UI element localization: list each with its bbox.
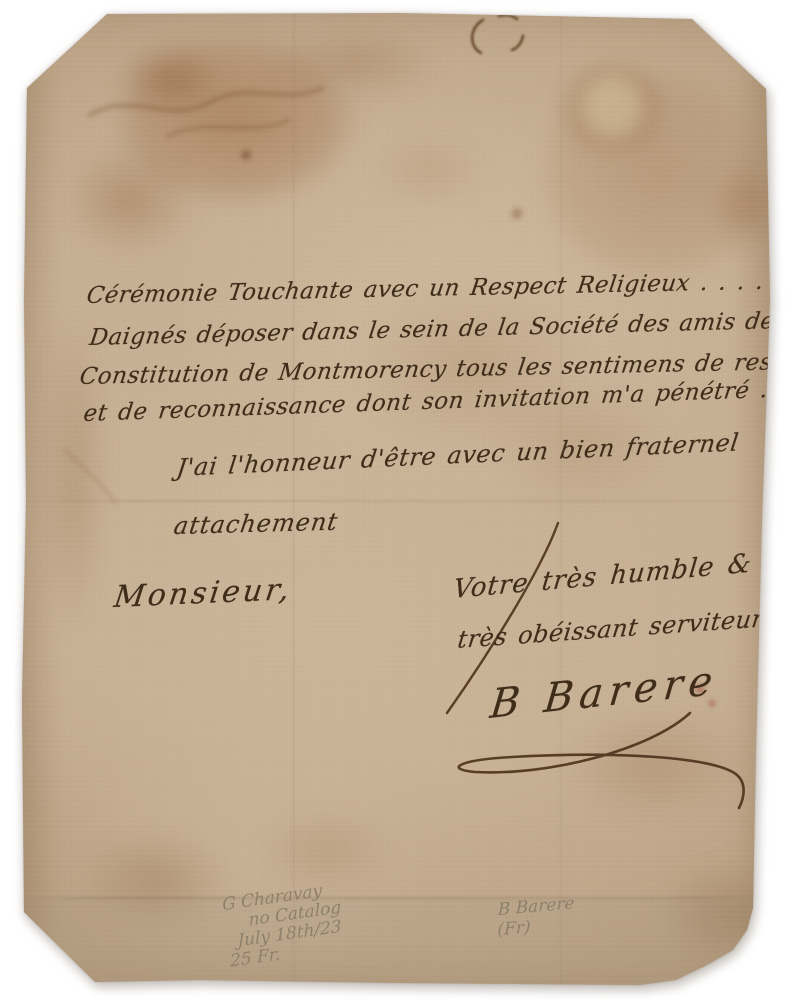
closing-line: J'ai l'honneur d'être avec un bien frate… [175, 428, 741, 482]
photo-background: Cérémonie Touchante avec un Respect Reli… [0, 0, 792, 1000]
water-ring-stain [565, 65, 660, 150]
vertical-fold-crease [293, 10, 295, 990]
closing-line: attachement [172, 508, 340, 540]
horizontal-fold-crease [20, 500, 772, 502]
lower-panel-discoloration [20, 898, 772, 990]
signature-paraph-flourish [459, 713, 744, 808]
letter-body-line: Daignés déposer dans le sein de la Socié… [88, 307, 792, 351]
stain [38, 310, 108, 640]
ink-ring-mark [472, 15, 523, 53]
stain [260, 810, 390, 890]
stain [540, 70, 770, 280]
valediction-line: Votre très humble & [452, 549, 753, 605]
horizontal-fold-crease [20, 897, 772, 899]
paper-texture [20, 10, 772, 990]
fox-spot [508, 206, 526, 221]
stain [115, 40, 225, 115]
salutation: Monsieur, [112, 572, 294, 615]
stain [65, 145, 195, 255]
dealer-annotation: G Charavay no Catalog July 18th/23 25 Fr… [222, 879, 343, 972]
letter-paper: Cérémonie Touchante avec un Respect Reli… [20, 10, 772, 990]
stain [270, 28, 440, 98]
valediction-line: très obéissant serviteur [456, 604, 765, 654]
stain [370, 130, 490, 210]
stain [115, 35, 355, 205]
stain [660, 860, 792, 970]
vertical-fold-crease [560, 10, 562, 990]
stain [710, 160, 785, 250]
fox-spot [238, 148, 254, 162]
stain [565, 710, 745, 820]
edge-vignette [20, 10, 772, 990]
stain [80, 830, 230, 930]
letter-body-line: Cérémonie Touchante avec un Respect Reli… [85, 268, 792, 309]
signature: B Barere [488, 657, 721, 728]
paper-shadow-wrap: Cérémonie Touchante avec un Respect Reli… [0, 0, 792, 1000]
ink-marks-overlay [20, 10, 772, 990]
attribution-annotation: B Barere (Fr) [497, 893, 574, 940]
